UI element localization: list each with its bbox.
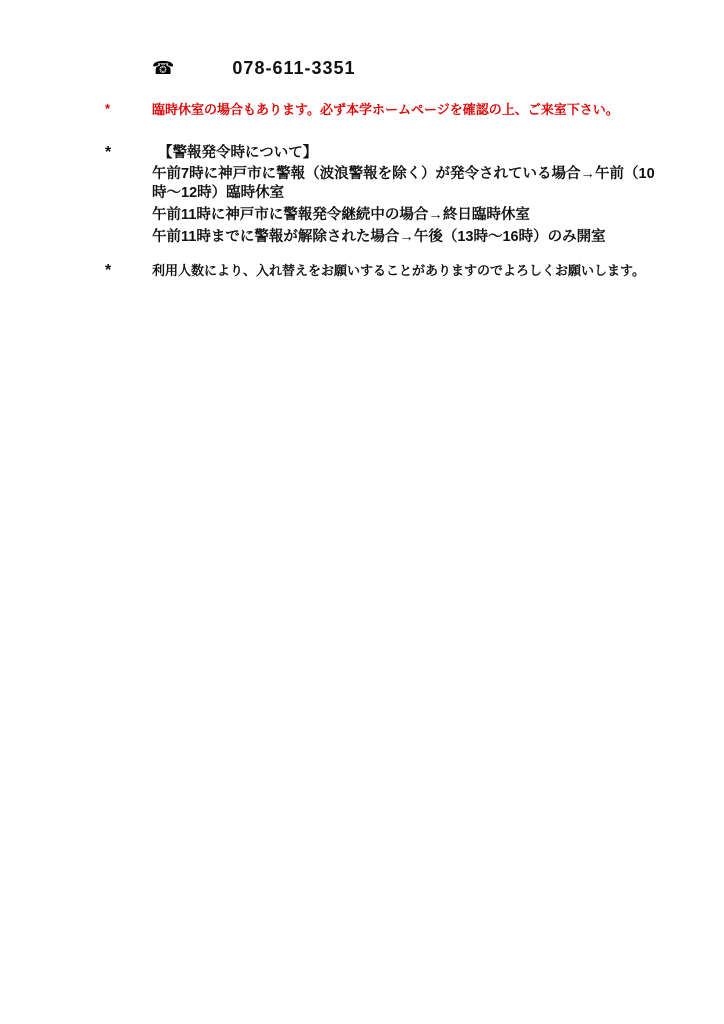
weather-warning-title: 【警報発令時について】 — [152, 144, 657, 163]
weather-warning-rule-1: 午前7時に神戸市に警報（波浪警報を除く）が発令されている場合→午前（10時～12… — [152, 165, 657, 203]
note-weather-warning: * 【警報発令時について】 午前7時に神戸市に警報（波浪警報を除く）が発令されて… — [105, 144, 657, 247]
phone-row: ☎ 078-611-3351 — [152, 56, 356, 80]
telephone-icon: ☎ — [152, 59, 174, 77]
note-temporary-closure: * 臨時休室の場合もあります。必ず本学ホームページを確認の上、ご来室下さい。 — [105, 101, 619, 118]
asterisk-marker: * — [105, 101, 152, 116]
temporary-closure-text: 臨時休室の場合もあります。必ず本学ホームページを確認の上、ご来室下さい。 — [152, 101, 619, 118]
asterisk-marker: * — [105, 262, 152, 279]
user-rotation-text: 利用人数により、入れ替えをお願いすることがありますのでよろしくお願いします。 — [152, 262, 645, 279]
weather-warning-rule-2: 午前11時に神戸市に警報発令継続中の場合→終日臨時休室 — [152, 206, 657, 225]
document-page: ☎ 078-611-3351 * 臨時休室の場合もあります。必ず本学ホームページ… — [0, 0, 724, 1024]
phone-number: 078-611-3351 — [232, 58, 355, 79]
note-user-rotation: * 利用人数により、入れ替えをお願いすることがありますのでよろしくお願いします。 — [105, 262, 645, 279]
weather-warning-rule-3: 午前11時までに警報が解除された場合→午後（13時～16時）のみ開室 — [152, 228, 657, 247]
weather-warning-body: 【警報発令時について】 午前7時に神戸市に警報（波浪警報を除く）が発令されている… — [152, 144, 657, 247]
asterisk-marker: * — [105, 144, 152, 161]
